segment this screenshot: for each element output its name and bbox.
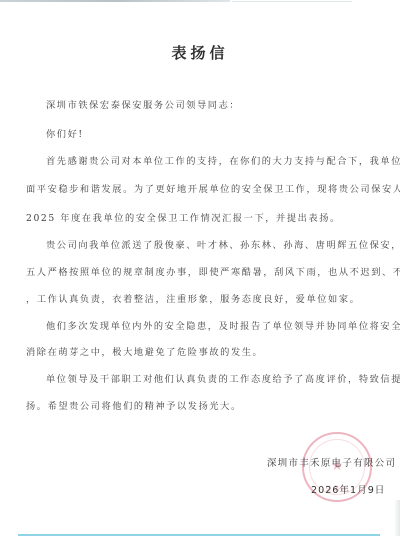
paragraph-line: 消除在萌芽之中，极大地避免了危险事故的发生。: [26, 344, 263, 358]
salutation: 深圳市铁保宏泰保安服务公司领导同志：: [46, 97, 240, 111]
scan-top-edge: [0, 0, 230, 2]
greeting: 你们好!: [46, 126, 84, 140]
scan-right-edge: [394, 500, 400, 536]
paragraph-line: 2025 年度在我单位的安全保卫工作情况汇报一下，并提出表扬。: [26, 210, 341, 224]
paragraph-line: 他们多次发现单位内外的安全隐患，及时报告了单位领导并协同单位将安全隐患: [46, 318, 400, 332]
paragraph-line: 面平安稳步和谐发展。为了更好地开展单位的安全保卫工作，现将贵公司保安人员: [26, 181, 400, 195]
paragraph-line: 扬。希望贵公司将他们的精神予以发扬光大。: [26, 398, 242, 412]
paragraph-line: 贵公司向我单位派送了殷俊豪、叶才林、孙东林、孙海、唐明辉五位保安，他们: [46, 237, 400, 251]
scan-top-edge: [232, 1, 352, 2]
signature-company: 深圳市丰禾原电子有限公司: [267, 455, 396, 469]
paragraph-line: ，工作认真负责，衣着整洁，注重形象，服务态度良好，爱单位如家。: [26, 291, 360, 305]
paragraph-line: 五人严格按照单位的规章制度办事，即使严寒酷暑，刮风下雨，也从不迟到、不早退: [26, 264, 400, 278]
paragraph-line: 首先感谢贵公司对本单位工作的支持，在你们的大力支持与配合下，我单位各方: [46, 153, 400, 167]
paragraph-line: 单位领导及干部职工对他们认真负责的工作态度给予了高度评价，特致信提出表: [46, 371, 400, 385]
signature-date: 2026年1月9日: [311, 482, 385, 496]
letter-title: 表扬信: [0, 42, 400, 63]
